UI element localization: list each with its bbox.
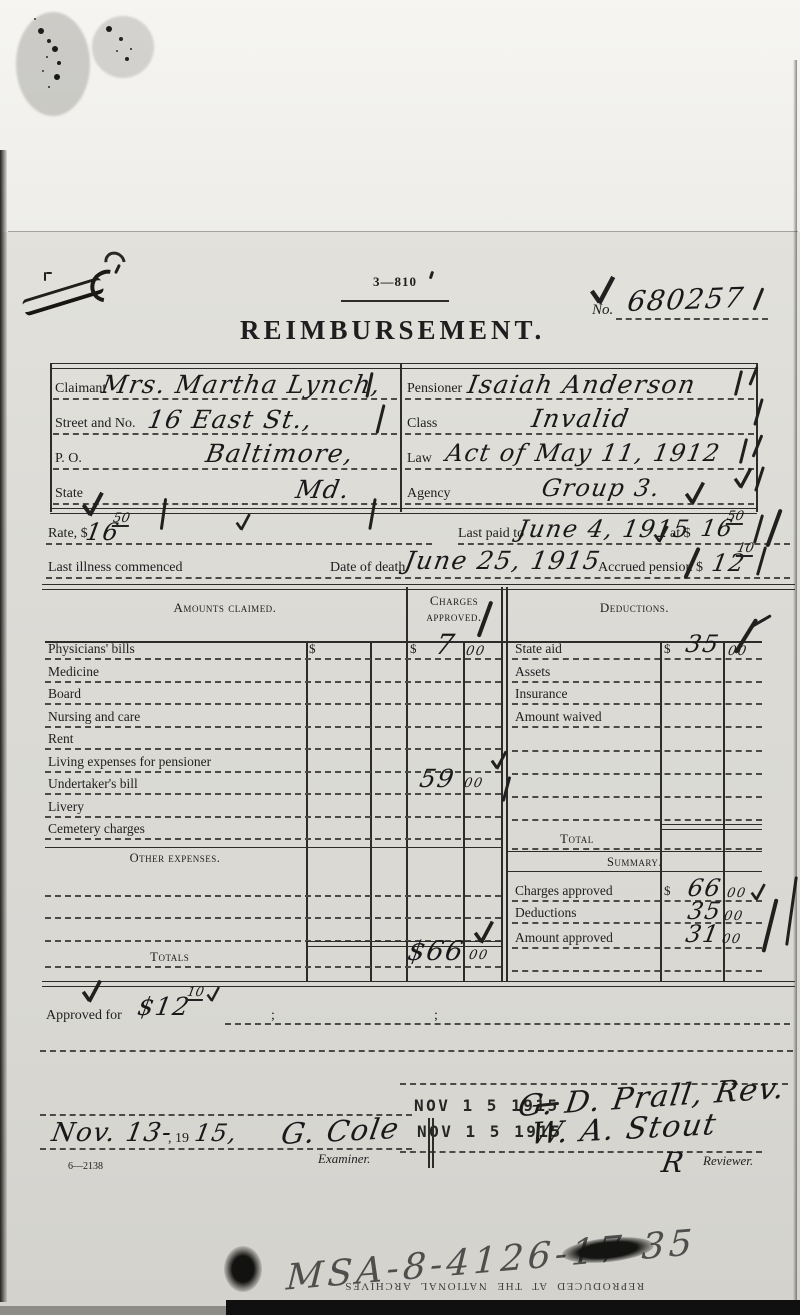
deduction-blank-row: [512, 733, 762, 752]
full-width-rule: [40, 1050, 793, 1052]
po-value: Baltimore,: [203, 439, 356, 468]
death-value: June 25, 1915: [402, 546, 603, 575]
deduction-blank-row: [512, 756, 762, 775]
rate-label: Rate, $: [48, 526, 88, 542]
row-label: Cemetery charges: [48, 821, 145, 837]
accrued-cents: 10: [736, 542, 755, 557]
semicolon: ;: [434, 1008, 438, 1024]
table-row: Board: [45, 686, 501, 705]
reviewer-label: Reviewer.: [703, 1153, 753, 1169]
summary-top-rule: [507, 851, 762, 852]
physicians-approved-cents: 00: [465, 644, 487, 659]
row-label: Physicians' bills: [48, 641, 135, 657]
ink-checkmark: [752, 883, 766, 901]
document-number-value: 680257: [625, 281, 746, 318]
deductions-total-rule: [660, 824, 762, 830]
divider-bar: [428, 1118, 430, 1168]
scan-right-edge: [793, 60, 797, 1300]
rate-cents: 50: [112, 512, 131, 527]
other-expenses-top-rule: [45, 847, 501, 848]
divider-bar: [432, 1118, 434, 1168]
form-number-underline: [341, 300, 449, 302]
approved-for-line: [225, 1023, 790, 1025]
box-top-rule: [50, 363, 757, 369]
deductions-total-row: Total: [512, 831, 762, 850]
date-written: Nov. 13-: [49, 1118, 175, 1148]
class-label: Class: [407, 416, 437, 432]
dollar-sign: $: [309, 641, 316, 657]
row-label: Rent: [48, 731, 74, 747]
row-label: Charges approved: [515, 883, 613, 899]
undertaker-approved-dollars: 59: [417, 764, 457, 793]
totals-dollars: $66: [405, 936, 467, 967]
table-row: Insurance: [512, 686, 762, 705]
examiner-signature: G. Cole: [279, 1111, 403, 1151]
undertaker-approved-cents: 00: [463, 776, 485, 791]
ink-checkmark: [237, 513, 251, 531]
claimant-label: Claimant: [55, 381, 106, 397]
row-label: Insurance: [515, 686, 567, 702]
street-label: Street and No.: [55, 416, 135, 432]
dollar-sign: $: [664, 641, 671, 657]
year-written: 15,: [193, 1119, 241, 1147]
ink-speckles: [106, 26, 112, 32]
form-title: REIMBURSEMENT.: [240, 315, 540, 346]
summary-approved-dollars: 31: [684, 920, 722, 948]
year-printed: , 19: [168, 1131, 189, 1147]
totals-double-rule: [306, 941, 501, 947]
row-label: Deductions: [515, 905, 577, 921]
claimant-value: Mrs. Martha Lynch,: [99, 370, 383, 399]
agency-label: Agency: [407, 486, 451, 502]
row-label: State aid: [515, 641, 562, 657]
box-left-rule: [50, 363, 52, 512]
summary-approved-cents: 00: [721, 932, 743, 947]
date-of-death-label: Date of death: [330, 560, 405, 576]
ink-checkmark: [83, 979, 102, 1003]
dollar-sign: $: [410, 641, 417, 657]
agency-value: Group 3.: [540, 474, 663, 502]
row-label: Board: [48, 686, 81, 702]
ink-checkmark: [84, 491, 105, 517]
dollar-sign: $: [664, 883, 671, 899]
other-expenses-header: Other expenses.: [45, 851, 305, 866]
row-label: Amount approved: [515, 930, 613, 946]
last-paid-label: Last paid to: [458, 526, 524, 542]
ink-checkmark: [492, 750, 508, 770]
summary-bottom-rule: [507, 871, 762, 872]
table-row: Livery: [45, 799, 501, 818]
approved-for-dollars: $12: [135, 992, 192, 1021]
deductions-total-label: Total: [560, 831, 594, 847]
ink-checkmark: [208, 986, 221, 1002]
scan-left-edge: [0, 150, 7, 1302]
ink-checkmark: [592, 275, 616, 305]
document-number-line: [616, 318, 768, 320]
form-number: 3—810: [340, 274, 450, 290]
law-value: Act of May 11, 1912: [444, 439, 723, 467]
summary-row: Charges approved$: [512, 883, 762, 902]
reproduced-stamp: REPRODUCED AT THE NATIONAL ARCHIVES: [338, 1280, 650, 1292]
po-label: P. O.: [55, 451, 82, 467]
examiner-line: [40, 1148, 412, 1150]
box-bottom-rule: [50, 508, 757, 514]
row-label: Living expenses for pensioner: [48, 754, 211, 770]
summary-blank-row: [512, 953, 762, 972]
summary-charges-cents: 00: [726, 886, 748, 901]
ink-checkmark: [735, 467, 753, 489]
deduction-blank-row: [512, 779, 762, 798]
approved-for-label: Approved for: [46, 1008, 122, 1024]
table-row: Amount waived: [512, 709, 762, 728]
ink-smudge: [16, 12, 90, 116]
table-row: Physicians' bills$$: [45, 641, 501, 660]
totals-cents: 00: [468, 948, 490, 963]
table-row: State aid$: [512, 641, 762, 660]
totals-label: Totals: [150, 949, 189, 965]
pensioner-value: Isaiah Anderson: [465, 370, 698, 399]
ink-checkmark: [686, 481, 705, 505]
amounts-claimed-header: Amounts claimed.: [45, 600, 405, 616]
ink-stroke: [46, 272, 52, 274]
deduction-blank-row: [512, 802, 762, 821]
table-row: Nursing and care: [45, 709, 501, 728]
state-value: Md.: [293, 475, 352, 504]
box-divider-rule: [400, 363, 402, 512]
approved-for-cents: 10: [186, 986, 205, 1001]
ink-speckles: [38, 28, 44, 34]
paper-seam-line: [8, 231, 798, 232]
table-vline-double: [501, 587, 503, 981]
state-label: State: [55, 486, 83, 502]
row-label: Amount waived: [515, 709, 602, 725]
table-bottom-rule: [42, 981, 795, 987]
summary-deductions-cents: 00: [723, 909, 745, 924]
at-cents: 50: [726, 510, 745, 525]
semicolon: ;: [271, 1008, 275, 1024]
ink-blot: [224, 1246, 262, 1292]
illness-label: Last illness commenced: [48, 560, 183, 576]
scan-bottom-band: [226, 1300, 800, 1315]
summary-header: Summary.: [507, 855, 762, 870]
row-label: Livery: [48, 799, 84, 815]
row-label: Nursing and care: [48, 709, 140, 725]
deductions-header: Deductions.: [507, 600, 762, 616]
table-row: Assets: [512, 664, 762, 683]
ink-checkmark: [655, 525, 669, 543]
table-row: Cemetery charges: [45, 821, 501, 840]
pensioner-label: Pensioner: [407, 381, 462, 397]
scanned-document-page: 3—810 No. 680257 REIMBURSEMENT. Claimant…: [0, 0, 800, 1315]
ink-smudge: [92, 16, 154, 78]
row-label: Assets: [515, 664, 550, 680]
scan-bottom-band-left: [0, 1306, 226, 1315]
form-code: 6—2138: [68, 1161, 103, 1172]
street-value: 16 East St.,: [145, 405, 315, 434]
row-label: Undertaker's bill: [48, 776, 138, 792]
table-row: Rent: [45, 731, 501, 750]
ink-checkmark: [475, 920, 494, 944]
other-expense-blank-row: [45, 878, 501, 897]
table-row: Medicine: [45, 664, 501, 683]
state-aid-dollars: 35: [684, 630, 722, 658]
table-top-rule: [42, 584, 795, 590]
other-expense-blank-row: [45, 900, 501, 919]
class-value: Invalid: [529, 404, 632, 433]
examiner-label: Examiner.: [318, 1151, 370, 1167]
row-label: Medicine: [48, 664, 99, 680]
law-label: Law: [407, 451, 432, 467]
